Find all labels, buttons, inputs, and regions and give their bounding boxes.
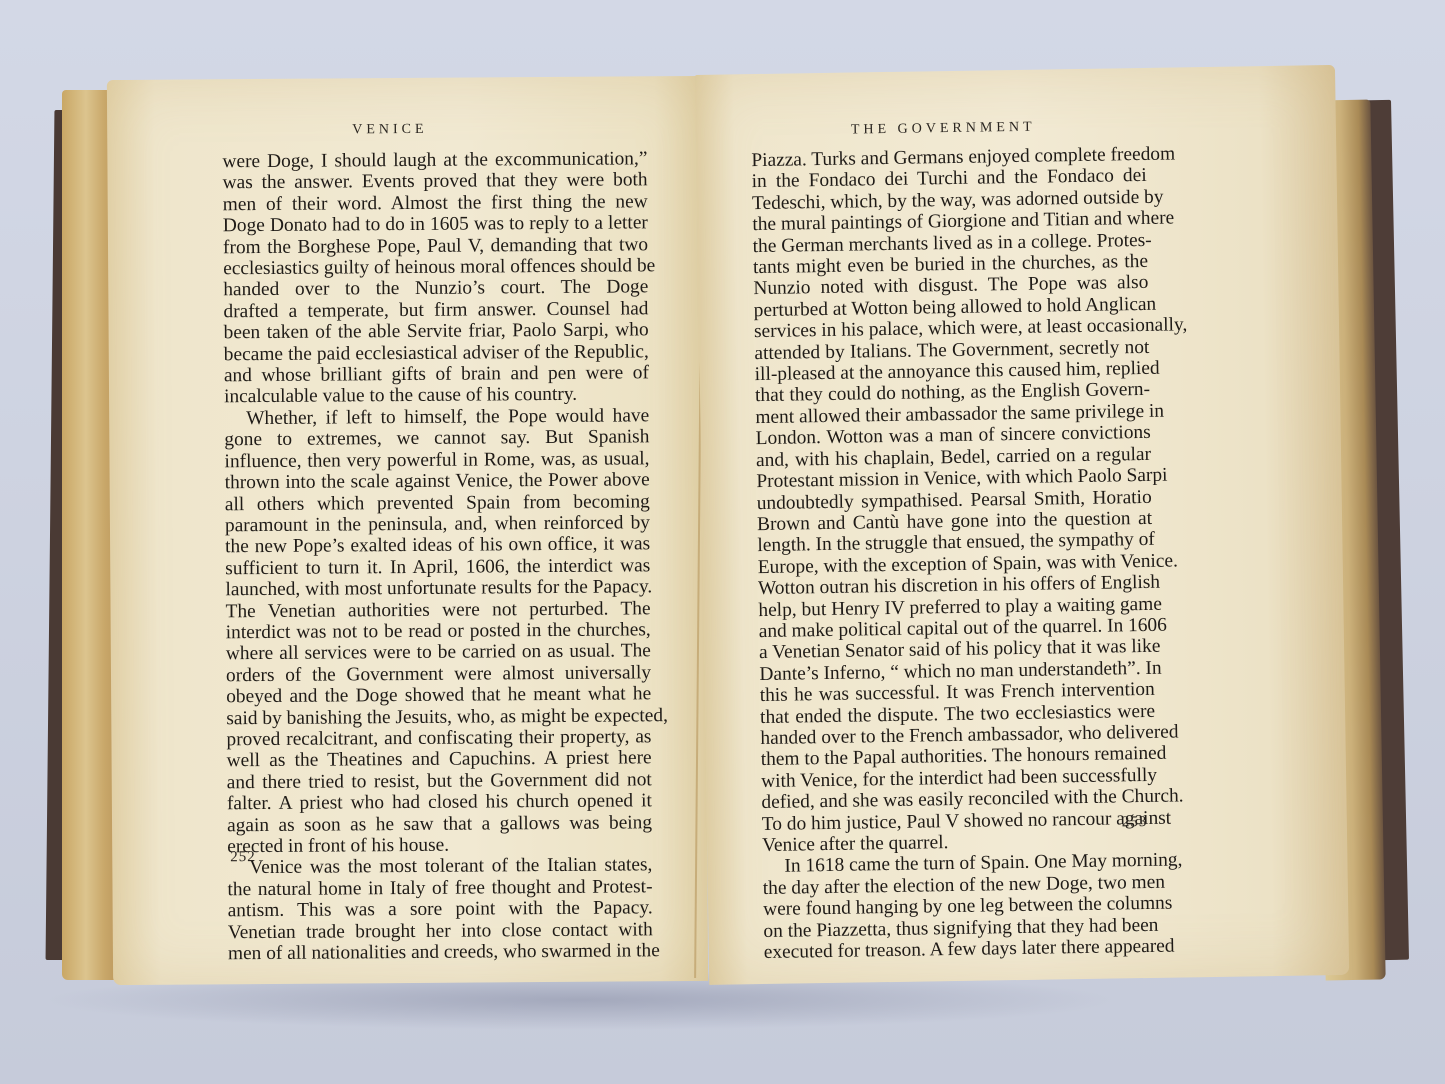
text-line: antism. This was a sore point with the P… — [228, 898, 653, 922]
text-line: erected in front of his house. — [227, 833, 652, 857]
text-line: handed over to the Nunzio’s court. The D… — [223, 277, 648, 301]
text-line: and there tried to resist, but the Gover… — [227, 769, 652, 793]
text-line: Venetian trade brought her into close co… — [228, 919, 653, 943]
text-line: all others which prevented Spain from be… — [225, 491, 650, 515]
text-line: again as soon as he saw that a gallows w… — [227, 812, 652, 836]
text-line: thrown into the scale against Venice, th… — [225, 469, 650, 493]
text-line: influence, then very powerful in Rome, w… — [224, 448, 649, 472]
text-line: men of all nationalities and creeds, who… — [228, 940, 653, 964]
text-line: paramount in the peninsula, and, when re… — [225, 512, 650, 536]
text-line: drafted a temperate, but firm answer. Co… — [223, 298, 648, 322]
text-line: the natural home in Italy of free though… — [227, 876, 652, 900]
text-line: obeyed and the Doge showed that he meant… — [226, 683, 651, 707]
text-line: and whose brilliant gifts of brain and p… — [224, 362, 649, 386]
page-number-right: 253 — [1122, 814, 1148, 831]
text-line: been taken of the able Servite friar, Pa… — [224, 320, 649, 344]
text-line: where all services were to be carried on… — [226, 641, 651, 665]
text-line: Doge Donato had to do in 1605 was to rep… — [223, 213, 648, 237]
text-line: Whether, if left to himself, the Pope wo… — [224, 405, 649, 429]
left-page: VENICE were Doge, I should laugh at the … — [107, 76, 708, 985]
text-line: sufficient to turn it. In April, 1606, t… — [225, 555, 650, 579]
paragraph: Piazza. Turks and Germans enjoyed comple… — [751, 144, 1157, 857]
text-line: from the Borghese Pope, Paul V, demandin… — [223, 234, 648, 258]
text-line: The Venetian authorities were not pertur… — [225, 598, 650, 622]
text-line: incalculable value to the cause of his c… — [224, 384, 649, 408]
text-line: Venice was the most tolerant of the Ital… — [227, 855, 652, 879]
paragraph: Whether, if left to himself, the Pope wo… — [224, 405, 652, 857]
text-line: ecclesiastics guilty of heinous moral of… — [223, 255, 648, 279]
text-line: falter. A priest who had closed his chur… — [227, 790, 652, 814]
text-line: said by banishing the Jesuits, who, as m… — [226, 705, 651, 729]
running-head-left: VENICE — [352, 122, 427, 139]
text-line: men of their word. Almost the first thin… — [223, 191, 648, 215]
text-line: well as the Theatines and Capuchins. A p… — [227, 748, 652, 772]
running-head-right: THE GOVERNMENT — [851, 120, 1036, 139]
text-line: became the paid ecclesiastical adviser o… — [224, 341, 649, 365]
text-line: gone to extremes, we cannot say. But Spa… — [224, 427, 649, 451]
text-line: was the answer. Events proved that they … — [222, 170, 647, 194]
paragraph: were Doge, I should laugh at the excommu… — [222, 148, 649, 408]
text-line: were Doge, I should laugh at the excommu… — [222, 148, 647, 172]
left-page-body: were Doge, I should laugh at the excommu… — [222, 148, 653, 964]
paragraph: Venice was the most tolerant of the Ital… — [227, 855, 653, 965]
text-line: the new Pope’s exalted ideas of his own … — [225, 534, 650, 558]
text-line: interdict was not to be read or posted i… — [226, 619, 651, 643]
right-page: THE GOVERNMENT Piazza. Turks and Germans… — [695, 65, 1349, 985]
right-page-body: Piazza. Turks and Germans enjoyed comple… — [751, 144, 1159, 964]
text-line: proved recalcitrant, and confiscating th… — [226, 726, 651, 750]
text-line: launched, with most unfortunate results … — [225, 576, 650, 600]
text-line: orders of the Government were almost uni… — [226, 662, 651, 686]
paragraph: In 1618 came the turn of Spain. One May … — [762, 850, 1159, 963]
page-number-left: 252 — [230, 849, 256, 866]
